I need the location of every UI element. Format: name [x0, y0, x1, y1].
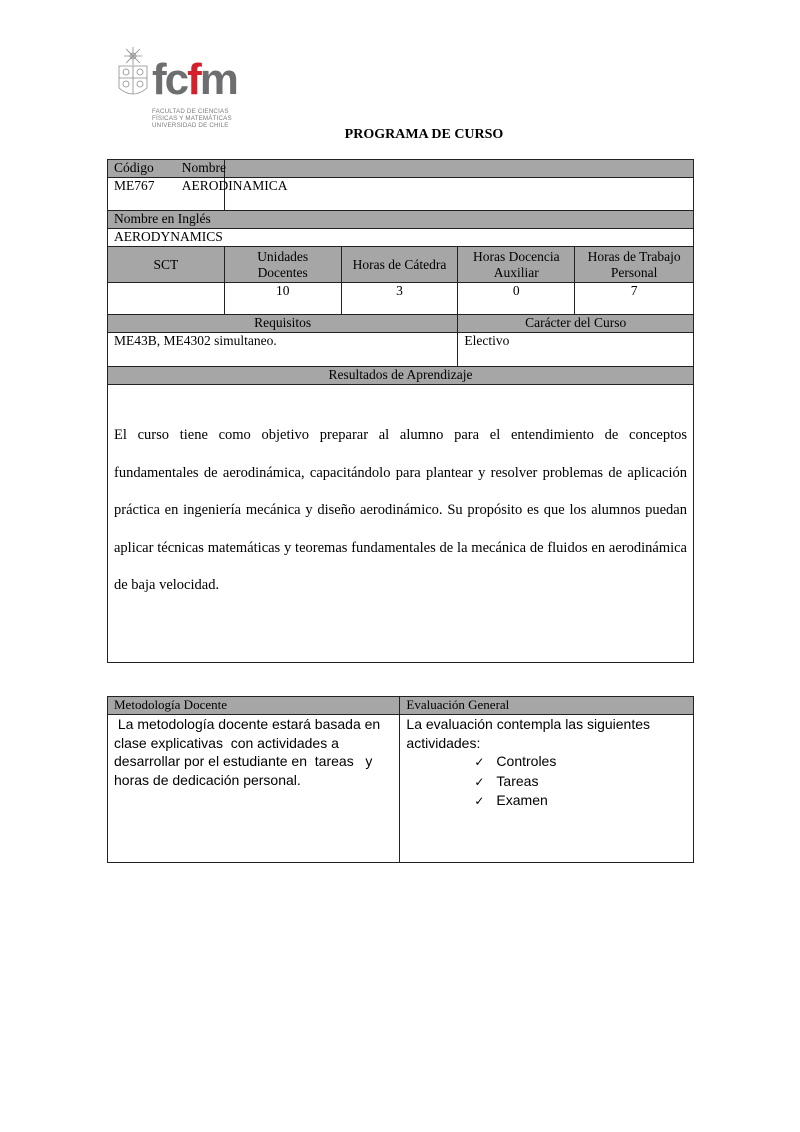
nombre-ingles-value: AERODYNAMICS — [108, 229, 694, 247]
check-icon: ✓ — [474, 773, 496, 792]
value-horas-personal: 7 — [575, 283, 694, 315]
resultados-label: Resultados de Aprendizaje — [108, 367, 694, 385]
nombre-ingles-label: Nombre en Inglés — [108, 211, 694, 229]
value-horas-catedra: 3 — [341, 283, 458, 315]
methodology-evaluation-table: Metodología Docente Evaluación General L… — [107, 696, 694, 863]
resultados-text: El curso tiene como objetivo preparar al… — [108, 385, 694, 663]
requisitos-label: Requisitos — [108, 315, 458, 333]
logo-subtitle: FACULTAD DE CIENCIAS FÍSICAS Y MATEMÁTIC… — [152, 108, 232, 129]
caracter-label: Carácter del Curso — [458, 315, 694, 333]
page-title: PROGRAMA DE CURSO — [0, 127, 800, 143]
header-unidades-docentes: Unidades Docentes — [224, 247, 341, 283]
evaluacion-intro: La evaluación contempla las siguientes a… — [406, 715, 687, 752]
value-unidades-docentes: 10 — [224, 283, 341, 315]
list-item: ✓Controles — [474, 752, 687, 772]
evaluacion-list: ✓Controles ✓Tareas ✓Examen — [406, 752, 687, 811]
university-crest-icon — [116, 46, 150, 100]
header-horas-personal: Horas de Trabajo Personal — [575, 247, 694, 283]
header-sct: SCT — [108, 247, 225, 283]
requisitos-value: ME43B, ME4302 simultaneo. — [108, 333, 458, 367]
header-horas-auxiliar: Horas Docencia Auxiliar — [458, 247, 575, 283]
fcfm-logo: fcfm FACULTAD DE CIENCIAS FÍSICAS Y MATE… — [114, 46, 244, 130]
nombre-value: AERODINAMICA — [224, 178, 693, 211]
evaluacion-label: Evaluación General — [400, 697, 694, 715]
nombre-label: Nombre — [224, 160, 693, 178]
value-horas-auxiliar: 0 — [458, 283, 575, 315]
course-info-table: Código Nombre ME767 AERODINAMICA Nombre … — [107, 159, 694, 663]
value-sct — [108, 283, 225, 315]
list-item: ✓Examen — [474, 791, 687, 811]
check-icon: ✓ — [474, 792, 496, 811]
evaluacion-content: La evaluación contempla las siguientes a… — [400, 715, 694, 863]
check-icon: ✓ — [474, 753, 496, 772]
metodologia-label: Metodología Docente — [108, 697, 400, 715]
list-item: ✓Tareas — [474, 772, 687, 792]
caracter-value: Electivo — [458, 333, 694, 367]
header-horas-catedra: Horas de Cátedra — [341, 247, 458, 283]
metodologia-text: La metodología docente estará basada en … — [108, 715, 400, 863]
fcfm-wordmark: fcfm — [152, 58, 237, 102]
